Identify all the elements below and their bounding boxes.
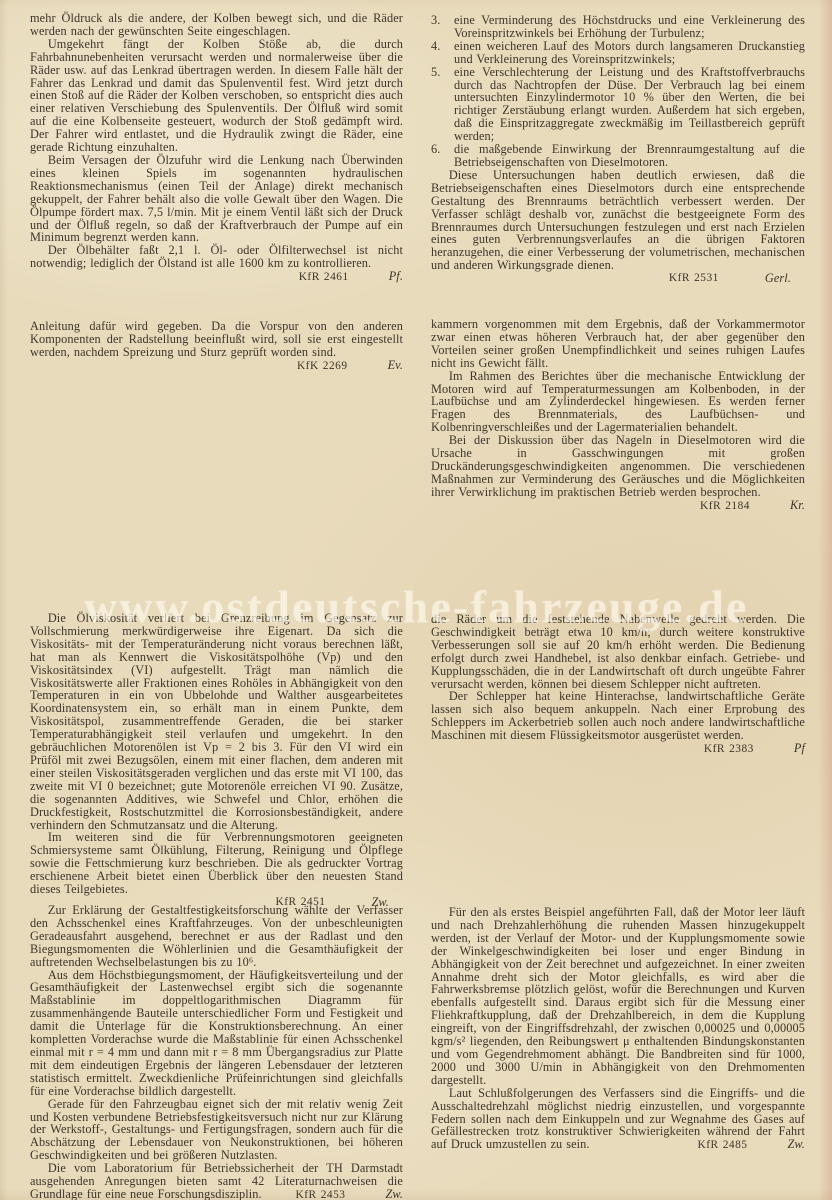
abstract-block-tractor: die Räder um die feststehende Nabenwelle… <box>431 613 805 756</box>
list-item-text: eine Verschlechterung der Leistung und d… <box>454 66 805 143</box>
numbered-list-item: 6. die maßgebende Einwirkung der Brennra… <box>431 143 805 169</box>
reference-number: KfR 2184 <box>700 500 750 512</box>
abstract-reference: KfR 2531Gerl. <box>431 272 805 285</box>
paragraph: Für den als erstes Beispiel angeführten … <box>431 906 805 1087</box>
reference-number: KfR 2461 <box>299 271 349 283</box>
paragraph: kammern vorgenommen mit dem Ergebnis, da… <box>431 318 805 370</box>
paragraph: Bei der Diskussion über das Nageln in Di… <box>431 434 805 499</box>
reference-number: KfR 2485 <box>698 1139 748 1151</box>
paragraph: die Räder um die feststehende Nabenwelle… <box>431 613 805 690</box>
paragraph: Die Ölviskosität verliert bei Grenzreibu… <box>30 612 403 831</box>
abstract-reference: KfK 2269Ev. <box>297 359 403 373</box>
paragraph: Beim Versagen der Ölzufuhr wird die Lenk… <box>30 154 403 244</box>
paragraph: Umgekehrt fängt der Kolben Stöße ab, die… <box>30 38 403 154</box>
paragraph-text: Bei der Diskussion über das Nageln in Di… <box>431 433 805 499</box>
paragraph-text: Der Ölbehälter faßt 2,1 l. Öl- oder Ölfi… <box>30 243 403 270</box>
numbered-list-item: 3. eine Verminderung des Höchstdrucks un… <box>431 14 805 40</box>
reference-number: KfR 2453 <box>296 1189 346 1200</box>
list-item-text: eine Verminderung des Höchstdrucks und e… <box>454 14 805 40</box>
reviewer-initials: Ev. <box>388 358 403 372</box>
paragraph: Aus dem Höchstbiegungsmoment, der Häufig… <box>30 969 403 1098</box>
abstract-reference: KfR 2453Zw. <box>278 1188 403 1200</box>
paragraph: Im weiteren sind die für Verbrennungsmot… <box>30 831 403 896</box>
list-item-number: 3. <box>431 14 454 40</box>
abstract-reference: KfR 2485Zw. <box>680 1138 805 1152</box>
paragraph: Der Schlepper hat keine Hinterachse, lan… <box>431 690 805 742</box>
numbered-list-item: 5. eine Verschlechterung der Leistung un… <box>431 66 805 143</box>
reviewer-initials: Pf. <box>389 269 403 283</box>
scanned-journal-page: { "watermark": "www.ostdeutsche-fahrzeug… <box>0 0 832 1200</box>
list-item-number: 6. <box>431 143 454 169</box>
numbered-list-item: 4. einen weicheren Lauf des Motors durch… <box>431 40 805 66</box>
reviewer-initials: Kr. <box>790 498 805 512</box>
paragraph-text: Anleitung dafür wird gegeben. Da die Vor… <box>30 319 403 359</box>
paragraph: mehr Öldruck als die andere, der Kolben … <box>30 12 403 38</box>
paragraph-text: Der Schlepper hat keine Hinterachse, lan… <box>431 689 805 742</box>
paragraph: Der Ölbehälter faßt 2,1 l. Öl- oder Ölfi… <box>30 244 403 270</box>
reference-number: KfR 2383 <box>704 743 754 755</box>
abstract-block-fatigue: Zur Erklärung der Gestaltfestigkeitsfors… <box>30 904 403 1200</box>
reference-number: KfK 2269 <box>297 360 348 372</box>
abstract-block-diesel-findings: 3. eine Verminderung des Höchstdrucks un… <box>431 14 805 285</box>
abstract-block-steering: mehr Öldruck als die andere, der Kolben … <box>30 12 403 284</box>
abstract-reference: KfR 2184Kr. <box>682 499 805 513</box>
abstract-block-alignment: Anleitung dafür wird gegeben. Da die Vor… <box>30 320 403 373</box>
paragraph: Anleitung dafür wird gegeben. Da die Vor… <box>30 320 403 359</box>
abstract-block-prechamber: kammern vorgenommen mit dem Ergebnis, da… <box>431 318 805 513</box>
list-item-number: 4. <box>431 40 454 66</box>
paragraph: Laut Schlußfolgerungen des Verfassers si… <box>431 1087 805 1152</box>
reference-number: KfR 2531 <box>669 272 719 285</box>
list-item-number: 5. <box>431 66 454 143</box>
abstract-reference: KfR 2383Pf <box>686 742 805 756</box>
paragraph: Zur Erklärung der Gestaltfestigkeitsfors… <box>30 904 403 969</box>
reviewer-initials: Zw. <box>787 1137 805 1151</box>
paragraph: Gerade für den Fahrzeugbau eignet sich d… <box>30 1098 403 1163</box>
paragraph: Diese Untersuchungen haben deutlich erwi… <box>431 169 805 272</box>
reviewer-initials: Pf <box>794 741 805 755</box>
abstract-block-clutch: Für den als erstes Beispiel angeführten … <box>431 906 805 1152</box>
abstract-reference: KfR 2461Pf. <box>281 270 403 284</box>
reviewer-initials: Gerl. <box>765 272 791 285</box>
paragraph: Die vom Laboratorium für Betriebssicherh… <box>30 1162 403 1200</box>
reviewer-initials: Zw. <box>385 1187 403 1200</box>
list-item-text: einen weicheren Lauf des Motors durch la… <box>454 40 805 66</box>
abstract-block-viscosity: Die Ölviskosität verliert bei Grenzreibu… <box>30 612 403 909</box>
list-item-text: die maßgebende Einwirkung der Brennraumg… <box>454 143 805 169</box>
paragraph: Im Rahmen des Berichtes über die mechani… <box>431 370 805 435</box>
